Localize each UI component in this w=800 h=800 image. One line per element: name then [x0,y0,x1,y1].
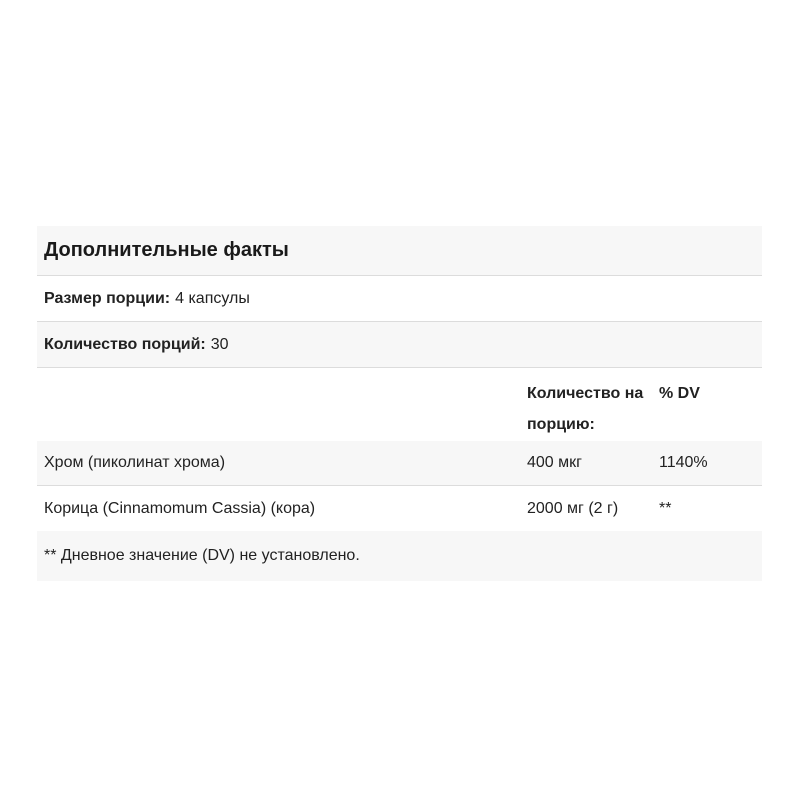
servings-label: Количество порций: [44,336,206,354]
ingredient-dv: 1140% [659,454,759,472]
supplement-facts-table: Дополнительные факты Размер порции: 4 ка… [37,226,762,581]
ingredient-name: Корица (Cinnamomum Cassia) (кора) [44,500,527,518]
serving-size-value: 4 капсулы [175,290,250,308]
amount-column-header: Количество на порцию: [527,378,659,440]
ingredient-amount: 400 мкг [527,454,659,472]
servings-value: 30 [211,336,229,354]
ingredient-dv: ** [659,500,759,518]
facts-title: Дополнительные факты [37,226,762,276]
dv-column-header: % DV [659,378,759,409]
ingredient-row: Корица (Cinnamomum Cassia) (кора) 2000 м… [37,486,762,531]
serving-size-label: Размер порции: [44,290,170,308]
serving-size-row: Размер порции: 4 капсулы [37,276,762,322]
ingredient-amount: 2000 мг (2 г) [527,500,659,518]
column-header-row: Количество на порцию: % DV [37,368,762,441]
footnote: ** Дневное значение (DV) не установлено. [37,531,762,581]
servings-row: Количество порций: 30 [37,322,762,368]
ingredient-row: Хром (пиколинат хрома) 400 мкг 1140% [37,441,762,486]
ingredient-name: Хром (пиколинат хрома) [44,454,527,472]
